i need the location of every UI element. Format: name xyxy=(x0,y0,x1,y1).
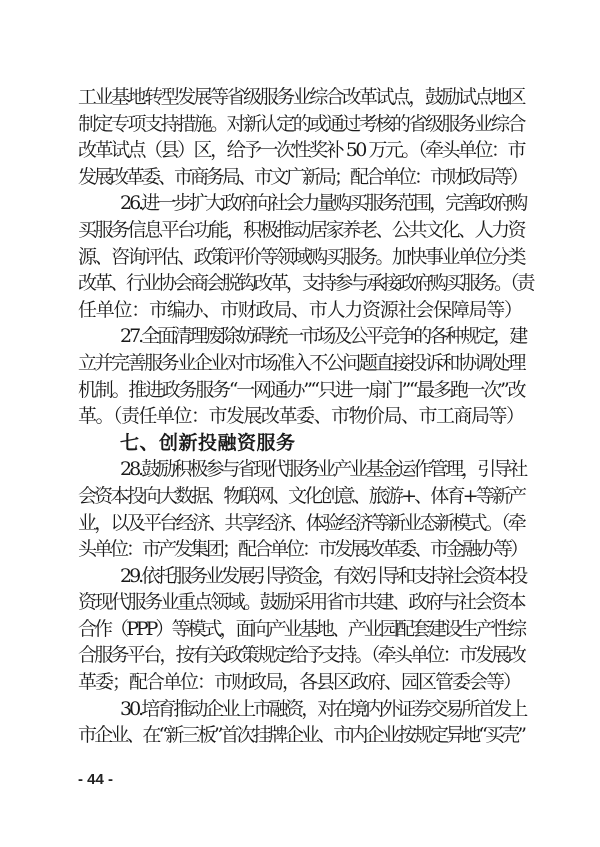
text-line: 会资本投向大数据、物联网、文化创意、旅游+、体育+等新产 xyxy=(78,483,524,510)
text-line: 27.全面清理废除妨碍统一市场及公平竞争的各种规定，建 xyxy=(78,323,524,350)
text-line: 改革、行业协会商会脱钩改革，支持参与承接政府购买服务。（责 xyxy=(78,270,524,297)
text-line: 资现代服务业重点领域。鼓励采用省市共建、政府与社会资本 xyxy=(78,589,524,616)
text-line: 市企业、在“新三板”首次挂牌企业、市内企业按规定异地“买壳” xyxy=(78,722,524,749)
text-line: 30.培育推动企业上市融资，对在境内外证券交易所首发上 xyxy=(78,696,524,723)
text-line: 立并完善服务业企业对市场准入不公问题直接投诉和协调处理 xyxy=(78,350,524,377)
text-line: 买服务信息平台功能，积极推动居家养老、公共文化、人力资 xyxy=(78,217,524,244)
section-heading: 七、创新投融资服务 xyxy=(78,430,524,457)
text-line: 任单位：市编办、市财政局、市人力资源社会保障局等） xyxy=(78,297,524,324)
text-line: 26.进一步扩大政府向社会力量购买服务范围，完善政府购 xyxy=(78,190,524,217)
text-line: 业，以及平台经济、共享经济、体验经济等新业态新模式。（牵 xyxy=(78,510,524,537)
text-line: 制定专项支持措施。对新认定的或通过考核的省级服务业综合 xyxy=(78,111,524,138)
text-line: 机制。推进政务服务“一网通办”“只进一扇门”“最多跑一次”改 xyxy=(78,377,524,404)
text-line: 合服务平台，按有关政策规定给予支持。（牵头单位：市发展改 xyxy=(78,642,524,669)
text-line: 改革试点（县）区，给予一次性奖补 50 万元。（牵头单位：市 xyxy=(78,137,524,164)
text-line: 合作（PPP）等模式，面向产业基地、产业园配套建设生产性综 xyxy=(78,616,524,643)
text-line: 发展改革委、市商务局、市文广新局；配合单位：市财政局等） xyxy=(78,164,524,191)
page-number: - 44 - xyxy=(78,771,113,788)
text-line: 头单位：市产发集团；配合单位：市发展改革委、市金融办等） xyxy=(78,536,524,563)
text-line: 革。（责任单位：市发展改革委、市物价局、市工商局等） xyxy=(78,403,524,430)
text-line: 29.依托服务业发展引导资金，有效引导和支持社会资本投 xyxy=(78,563,524,590)
text-line: 28.鼓励积极参与省现代服务业产业基金运作管理，引导社 xyxy=(78,456,524,483)
text-line: 源、咨询评估、政策评价等领域购买服务。加快事业单位分类 xyxy=(78,244,524,271)
text-line: 革委；配合单位：市财政局，各县区政府、园区管委会等） xyxy=(78,669,524,696)
text-line: 工业基地转型发展等省级服务业综合改革试点，鼓励试点地区 xyxy=(78,84,524,111)
document-page: 工业基地转型发展等省级服务业综合改革试点，鼓励试点地区制定专项支持措施。对新认定… xyxy=(78,84,524,749)
